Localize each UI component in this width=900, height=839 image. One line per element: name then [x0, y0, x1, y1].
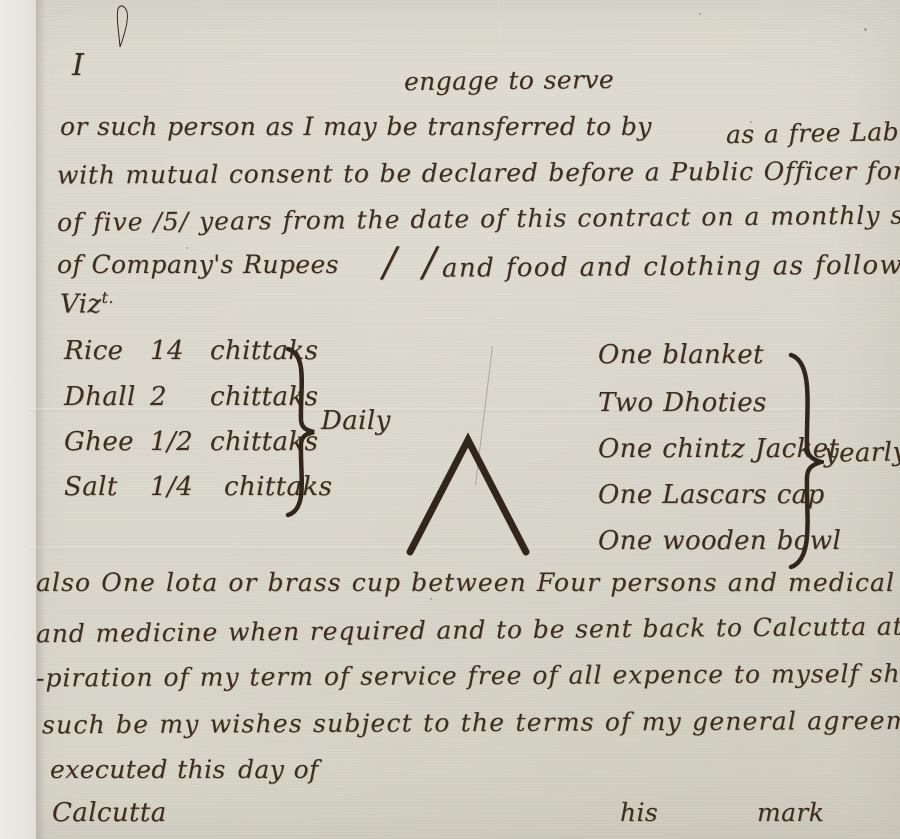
ration-row: Ghee 1/2 chittaks [64, 427, 318, 457]
paper-speck [186, 247, 188, 249]
yearly-brace [786, 350, 824, 572]
ration-name: Rice [64, 336, 150, 366]
page-left-edge [0, 0, 36, 839]
paper-speck [864, 28, 867, 31]
paper-watermark [398, 430, 548, 560]
paper-speck [430, 598, 432, 600]
his-label: his [620, 798, 658, 827]
mark-label: mark [757, 798, 824, 827]
expiration-line: -piration of my term of service free of … [36, 659, 900, 693]
ration-quantity: 1/2 [150, 427, 210, 457]
engage-line: engage to serve [404, 65, 614, 96]
place-label: Calcutta [52, 798, 167, 828]
viz-word: Viz [60, 290, 102, 320]
ration-row: Rice 14 chittaks [64, 336, 318, 366]
yearly-brace-label: yearly [824, 437, 900, 468]
transfer-line: or such person as I may be transferred t… [60, 112, 652, 141]
contract-document-page: I engage to serve or such person as I ma… [0, 0, 900, 839]
ration-quantity: 1/4 [150, 472, 210, 502]
viz-label: Vizt. [60, 288, 114, 320]
salary-blank: // [383, 240, 437, 286]
ration-quantity: 14 [150, 336, 210, 366]
medicine-line: and medicine when required and to be sen… [36, 611, 900, 648]
food-clothing-line: and food and clothing as follows [442, 250, 900, 283]
ration-name: Dhall [64, 382, 150, 412]
executed-label: executed this [50, 755, 226, 784]
paper-speck [699, 13, 701, 15]
viz-superscript: t. [102, 288, 114, 307]
daily-brace [283, 344, 317, 520]
clothing-item: One blanket [598, 340, 764, 370]
term-line: of five /5/ years from the date of this … [57, 200, 900, 237]
wishes-line: such be my wishes subject to the terms o… [42, 706, 900, 740]
clothing-item: Two Dhoties [598, 388, 767, 418]
ration-row: Dhall 2 chittaks [64, 382, 318, 412]
pronoun-i: I [72, 48, 84, 83]
consent-line: with mutual consent to be declared befor… [57, 155, 900, 189]
ration-name: Ghee [64, 427, 150, 457]
free-labourer-fragment: as a free Labourer [726, 116, 900, 149]
day-of-label: day of [238, 755, 319, 784]
blank-slash-open: / [383, 240, 397, 286]
rupees-line: of Company's Rupees [57, 250, 339, 279]
ink-blot [110, 5, 134, 51]
ration-quantity: 2 [150, 382, 210, 412]
ration-name: Salt [64, 472, 150, 502]
daily-brace-label: Daily [321, 406, 391, 436]
lota-line: also One lota or brass cup between Four … [36, 568, 900, 597]
blank-slash-close: / [423, 240, 437, 286]
